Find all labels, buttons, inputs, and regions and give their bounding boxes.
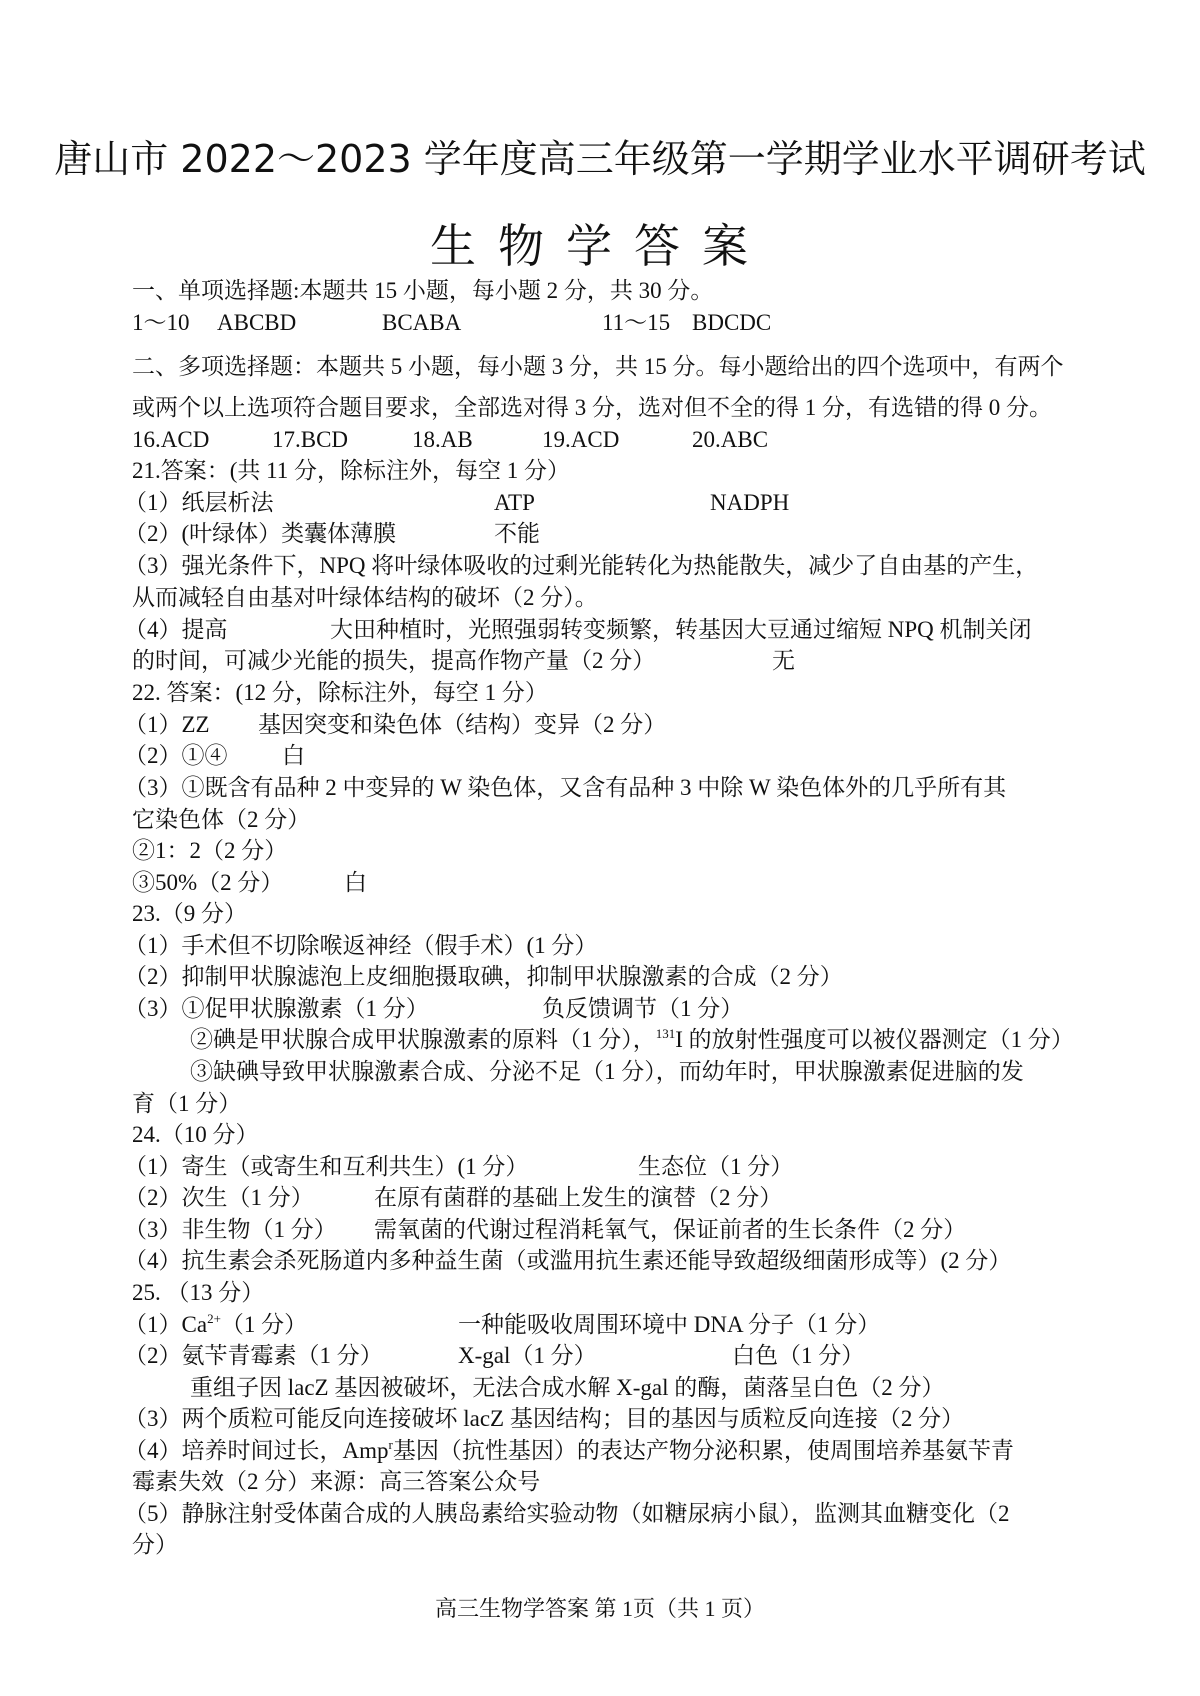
q25-part2: （2）氨苄青霉素（1 分） X-gal（1 分） 白色（1 分） bbox=[132, 1341, 1032, 1371]
section2-heading-line1: 二、多项选择题：本题共 5 小题，每小题 3 分，共 15 分。每小题给出的四个… bbox=[132, 352, 1064, 382]
q22-heading: 22. 答案：(12 分，除标注外，每空 1 分） bbox=[132, 678, 548, 708]
answer-value: BCABA bbox=[382, 308, 461, 338]
section2-heading-line2: 或两个以上选项符合题目要求，全部选对得 3 分，选对但不全的得 1 分，有选错的… bbox=[132, 393, 1052, 423]
score-note: （1 分） bbox=[221, 1312, 307, 1337]
answer-text: （2）(叶绿体）类囊体薄膜 bbox=[124, 519, 396, 549]
q25-part5-line1: （5）静脉注射受体菌合成的人胰岛素给实验动物（如糖尿病小鼠），监测其血糖变化（2 bbox=[124, 1499, 1010, 1529]
q23-part1: （1）手术但不切除喉返神经（假手术）(1 分） bbox=[124, 931, 597, 961]
q21-part4-line1: （4）提高 大田种植时，光照强弱转变频繁，转基因大豆通过缩短 NPQ 机制关闭 bbox=[132, 615, 1092, 645]
answer-text: （3）非生物（1 分） bbox=[124, 1215, 337, 1245]
answer-text: （1）Ca2+（1 分） bbox=[124, 1310, 307, 1340]
answer-item: 16.ACD bbox=[132, 425, 209, 455]
isotope-superscript: 131 bbox=[656, 1026, 676, 1041]
answer-text: ATP bbox=[494, 488, 535, 518]
document-title: 唐山市 2022～2023 学年度高三年级第一学期学业水平调研考试 bbox=[0, 128, 1200, 183]
q22-part3-sub2: ②1：2（2 分） bbox=[132, 836, 287, 866]
answer-text: （4）提高 bbox=[124, 615, 228, 645]
answer-text: （2）次生（1 分） bbox=[124, 1183, 314, 1213]
answer-text: （2）氨苄青霉素（1 分） bbox=[124, 1341, 383, 1371]
q25-heading: 25. （13 分） bbox=[132, 1278, 264, 1308]
answer-text: （1）ZZ bbox=[124, 710, 210, 740]
answer-text: （1）纸层析法 bbox=[124, 488, 274, 518]
answer-item: 19.ACD bbox=[542, 425, 619, 455]
answer-sheet-page: 唐山市 2022～2023 学年度高三年级第一学期学业水平调研考试 生物学答案 … bbox=[0, 0, 1200, 1696]
answer-text: 生态位（1 分） bbox=[638, 1152, 793, 1182]
answer-range: 11～15 bbox=[602, 308, 670, 338]
q22-part3-line1: （3）①既含有品种 2 中变异的 W 染色体，又含有品种 3 中除 W 染色体外… bbox=[124, 773, 1006, 803]
answer-item: 18.AB bbox=[412, 425, 473, 455]
answer-value: ABCBD bbox=[217, 308, 296, 338]
q22-part2: （2）①④ 白 bbox=[132, 741, 1032, 771]
q23-part3-sub3-line2: 育（1 分） bbox=[132, 1089, 241, 1119]
q25-part2-explanation: 重组子因 lacZ 基因被破坏，无法合成水解 X-gal 的酶，菌落呈白色（2 … bbox=[190, 1373, 944, 1403]
q21-part4-line2: 的时间，可减少光能的损失，提高作物产量（2 分） 无 bbox=[132, 646, 1032, 676]
answer-text: 的时间，可减少光能的损失，提高作物产量（2 分） bbox=[132, 646, 655, 676]
q25-part4-line2: 霉素失效（2 分）来源：高三答案公众号 bbox=[132, 1467, 540, 1497]
q25-part3: （3）两个质粒可能反向连接破坏 lacZ 基因结构；目的基因与质粒反向连接（2 … bbox=[124, 1404, 964, 1434]
section1-heading: 一、单项选择题:本题共 15 小题，每小题 2 分，共 30 分。 bbox=[132, 276, 713, 306]
q25-part5-line2: 分） bbox=[132, 1530, 178, 1560]
q23-part3-sub1: （3）①促甲状腺激素（1 分） 负反馈调节（1 分） bbox=[132, 994, 1032, 1024]
answer-text: 无 bbox=[772, 646, 795, 676]
answer-text: 负反馈调节（1 分） bbox=[542, 994, 743, 1024]
q25-part1: （1）Ca2+（1 分） 一种能吸收周围环境中 DNA 分子（1 分） bbox=[132, 1310, 1032, 1340]
answer-text: NADPH bbox=[710, 488, 789, 518]
answer-text: 大田种植时，光照强弱转变频繁，转基因大豆通过缩短 NPQ 机制关闭 bbox=[330, 615, 1032, 645]
answer-text: 一种能吸收周围环境中 DNA 分子（1 分） bbox=[458, 1310, 880, 1340]
q21-part1: （1）纸层析法 ATP NADPH bbox=[132, 488, 1032, 518]
calcium-symbol: （1）Ca bbox=[124, 1312, 207, 1337]
q23-part2: （2）抑制甲状腺滤泡上皮细胞摄取碘，抑制甲状腺激素的合成（2 分） bbox=[124, 962, 843, 992]
answer-text: 在原有菌群的基础上发生的演替（2 分） bbox=[374, 1183, 782, 1213]
answer-text: 白色（1 分） bbox=[732, 1341, 864, 1371]
answer-text: I 的放射性强度可以被仪器测定（1 分） bbox=[675, 1027, 1074, 1052]
q24-part3: （3）非生物（1 分） 需氧菌的代谢过程消耗氧气，保证前者的生长条件（2 分） bbox=[132, 1215, 1092, 1245]
answer-text: ②碘是甲状腺合成甲状腺激素的原料（1 分）， bbox=[190, 1027, 656, 1052]
answer-text: 白 bbox=[282, 741, 305, 771]
q23-part3-sub3-line1: ③缺碘导致甲状腺激素合成、分泌不足（1 分），而幼年时，甲状腺激素促进脑的发 bbox=[190, 1057, 1024, 1087]
answer-text: 基因（抗性基因）的表达产物分泌积累，使周围培养基氨苄青 bbox=[393, 1438, 1014, 1463]
q22-part3-sub3: ③50%（2 分） 白 bbox=[132, 868, 1032, 898]
answer-value: BDCDC bbox=[692, 308, 771, 338]
q23-heading: 23.（9 分） bbox=[132, 899, 247, 929]
answer-text: 基因突变和染色体（结构）变异（2 分） bbox=[258, 710, 666, 740]
document-subtitle: 生物学答案 bbox=[0, 210, 1200, 276]
q25-part4-line1: （4）培养时间过长，Ampr基因（抗性基因）的表达产物分泌积累，使周围培养基氨苄… bbox=[124, 1436, 1014, 1466]
answer-text: （3）①促甲状腺激素（1 分） bbox=[124, 994, 429, 1024]
q22-part1: （1）ZZ 基因突变和染色体（结构）变异（2 分） bbox=[132, 710, 1032, 740]
answer-item: 17.BCD bbox=[272, 425, 348, 455]
answer-text: ③50%（2 分） bbox=[132, 868, 283, 898]
q24-part2: （2）次生（1 分） 在原有菌群的基础上发生的演替（2 分） bbox=[132, 1183, 1032, 1213]
answer-item: 20.ABC bbox=[692, 425, 768, 455]
answer-text: 不能 bbox=[494, 519, 540, 549]
answer-text: 需氧菌的代谢过程消耗氧气，保证前者的生长条件（2 分） bbox=[374, 1215, 966, 1245]
answer-range: 1～10 bbox=[132, 308, 190, 338]
q22-part3-line2: 它染色体（2 分） bbox=[132, 805, 310, 835]
answer-text: X-gal（1 分） bbox=[458, 1341, 597, 1371]
q23-part3-sub2: ②碘是甲状腺合成甲状腺激素的原料（1 分），131I 的放射性强度可以被仪器测定… bbox=[190, 1025, 1074, 1055]
answer-text: 白 bbox=[344, 868, 367, 898]
answer-text: （4）培养时间过长，Amp bbox=[124, 1438, 389, 1463]
answer-text: （2）①④ bbox=[124, 741, 228, 771]
q24-heading: 24.（10 分） bbox=[132, 1120, 259, 1150]
section2-answers: 16.ACD 17.BCD 18.AB 19.ACD 20.ABC bbox=[132, 425, 1032, 455]
q21-heading: 21.答案：(共 11 分，除标注外，每空 1 分） bbox=[132, 456, 570, 486]
page-footer: 高三生物学答案 第 1页（共 1 页） bbox=[0, 1592, 1200, 1623]
q21-part3-line1: （3）强光条件下，NPQ 将叶绿体吸收的过剩光能转化为热能散失，减少了自由基的产… bbox=[124, 551, 1038, 581]
q24-part1: （1）寄生（或寄生和互利共生）(1 分） 生态位（1 分） bbox=[132, 1152, 1032, 1182]
q24-part4: （4）抗生素会杀死肠道内多种益生菌（或滥用抗生素还能导致超级细菌形成等）(2 分… bbox=[124, 1246, 1011, 1276]
section1-answers: 1～10 ABCBD BCABA 11～15 BDCDC bbox=[132, 308, 1032, 338]
answer-text: （1）寄生（或寄生和互利共生）(1 分） bbox=[124, 1152, 528, 1182]
q21-part3-line2: 从而减轻自由基对叶绿体结构的破坏（2 分）。 bbox=[132, 583, 598, 613]
ion-charge-superscript: 2+ bbox=[207, 1311, 221, 1326]
q21-part2: （2）(叶绿体）类囊体薄膜 不能 bbox=[132, 519, 1032, 549]
